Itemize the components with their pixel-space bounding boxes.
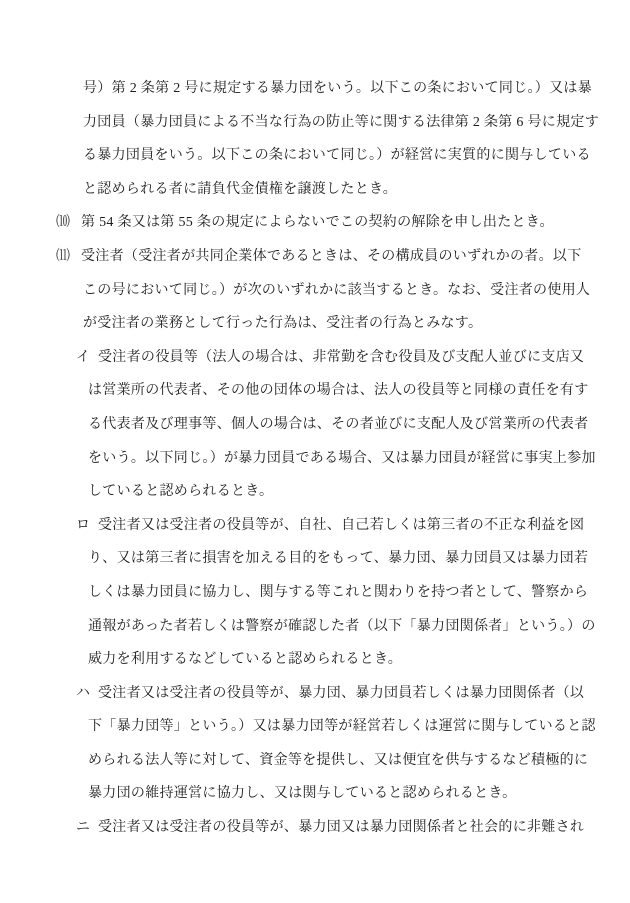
line-text: が受注者の業務として行った行為は、受注者の行為とみなす。: [83, 316, 482, 331]
line-text: 受注者又は受注者の役員等が、自社、自己若しくは第三者の不正な利益を図: [98, 518, 584, 533]
text-line: この号において同じ。）が次のいずれかに該当するとき。なお、受注者の使用人: [0, 274, 630, 308]
line-text: をいう。以下同じ。）が暴力団員である場合、又は暴力団員が経営に事実上参加: [88, 451, 596, 466]
item-marker: ロ: [76, 509, 90, 543]
line-text: していると認められるとき。: [88, 484, 273, 499]
line-text: 受注者の役員等（法人の場合は、非常勤を含む役員及び支配人並びに支店又: [98, 350, 584, 365]
line-text: り、又は第三者に損害を加える目的をもって、暴力団、暴力団員又は暴力団若: [88, 551, 588, 566]
text-line: しくは暴力団員に協力し、関与する等これと関わりを持つ者として、警察から: [0, 576, 630, 610]
line-text: この号において同じ。）が次のいずれかに該当するとき。なお、受注者の使用人: [83, 283, 590, 298]
text-line: イ受注者の役員等（法人の場合は、非常勤を含む役員及び支配人並びに支店又: [0, 341, 630, 375]
text-line: 暴力団の維持運営に協力し、又は関与していると認められるとき。: [0, 777, 630, 811]
line-text: と認められる者に請負代金債権を譲渡したとき。: [83, 182, 397, 197]
text-line: 号）第 2 条第 2 号に規定する暴力団をいう。以下この条において同じ。）又は暴: [0, 72, 630, 106]
item-marker: ⑾: [56, 240, 70, 274]
text-line: められる法人等に対して、資金等を提供し、又は便宜を供与するなど積極的に: [0, 744, 630, 778]
line-text: 第 54 条又は第 55 条の規定によらないでこの契約の解除を申し出たとき。: [81, 215, 554, 230]
text-line: 通報があった者若しくは警察が確認した者（以下「暴力団関係者」という。）の: [0, 610, 630, 644]
item-marker: ニ: [76, 811, 90, 845]
line-text: 威力を利用するなどしていると認められるとき。: [88, 652, 402, 667]
item-marker: イ: [76, 341, 90, 375]
line-text: しくは暴力団員に協力し、関与する等これと関わりを持つ者として、警察から: [88, 585, 588, 600]
text-line: 威力を利用するなどしていると認められるとき。: [0, 643, 630, 677]
text-line: していると認められるとき。: [0, 475, 630, 509]
line-text: 暴力団の維持運営に協力し、又は関与していると認められるとき。: [88, 786, 516, 801]
line-text: 号）第 2 条第 2 号に規定する暴力団をいう。以下この条において同じ。）又は暴: [83, 81, 592, 96]
text-line: ロ受注者又は受注者の役員等が、自社、自己若しくは第三者の不正な利益を図: [0, 509, 630, 543]
line-text: 受注者又は受注者の役員等が、暴力団又は暴力団関係者と社会的に非難され: [98, 820, 584, 835]
text-line: ハ受注者又は受注者の役員等が、暴力団、暴力団員若しくは暴力団関係者（以: [0, 677, 630, 711]
text-line: をいう。以下同じ。）が暴力団員である場合、又は暴力団員が経営に事実上参加: [0, 442, 630, 476]
text-line: ⑽第 54 条又は第 55 条の規定によらないでこの契約の解除を申し出たとき。: [0, 206, 630, 240]
text-content: 号）第 2 条第 2 号に規定する暴力団をいう。以下この条において同じ。）又は暴…: [0, 72, 630, 845]
line-text: は営業所の代表者、その他の団体の場合は、法人の役員等と同様の責任を有す: [88, 383, 589, 398]
text-line: ニ受注者又は受注者の役員等が、暴力団又は暴力団関係者と社会的に非難され: [0, 811, 630, 845]
text-line: は営業所の代表者、その他の団体の場合は、法人の役員等と同様の責任を有す: [0, 374, 630, 408]
text-line: り、又は第三者に損害を加える目的をもって、暴力団、暴力団員又は暴力団若: [0, 542, 630, 576]
document-page: 号）第 2 条第 2 号に規定する暴力団をいう。以下この条において同じ。）又は暴…: [0, 0, 630, 903]
text-line: る暴力団員をいう。以下この条において同じ。）が経営に実質的に関与している: [0, 139, 630, 173]
line-text: 受注者又は受注者の役員等が、暴力団、暴力団員若しくは暴力団関係者（以: [98, 686, 584, 701]
item-marker: ⑽: [56, 206, 70, 240]
text-line: ⑾受注者（受注者が共同企業体であるときは、その構成員のいずれかの者。以下: [0, 240, 630, 274]
line-text: 下「暴力団等」という。）又は暴力団等が経営若しくは運営に関与していると認: [88, 719, 596, 734]
item-marker: ハ: [76, 677, 90, 711]
text-line: る代表者及び理事等、個人の場合は、その者並びに支配人及び営業所の代表者: [0, 408, 630, 442]
text-line: が受注者の業務として行った行為は、受注者の行為とみなす。: [0, 307, 630, 341]
line-text: 力団員（暴力団員による不当な行為の防止等に関する法律第 2 条第 6 号に規定す: [83, 115, 599, 130]
text-line: 下「暴力団等」という。）又は暴力団等が経営若しくは運営に関与していると認: [0, 710, 630, 744]
text-line: と認められる者に請負代金債権を譲渡したとき。: [0, 173, 630, 207]
line-text: る暴力団員をいう。以下この条において同じ。）が経営に実質的に関与している: [83, 148, 591, 163]
line-text: 受注者（受注者が共同企業体であるときは、その構成員のいずれかの者。以下: [81, 249, 582, 264]
line-text: る代表者及び理事等、個人の場合は、その者並びに支配人及び営業所の代表者: [88, 417, 589, 432]
line-text: められる法人等に対して、資金等を提供し、又は便宜を供与するなど積極的に: [88, 753, 588, 768]
line-text: 通報があった者若しくは警察が確認した者（以下「暴力団関係者」という。）の: [88, 619, 596, 634]
text-line: 力団員（暴力団員による不当な行為の防止等に関する法律第 2 条第 6 号に規定す: [0, 106, 630, 140]
